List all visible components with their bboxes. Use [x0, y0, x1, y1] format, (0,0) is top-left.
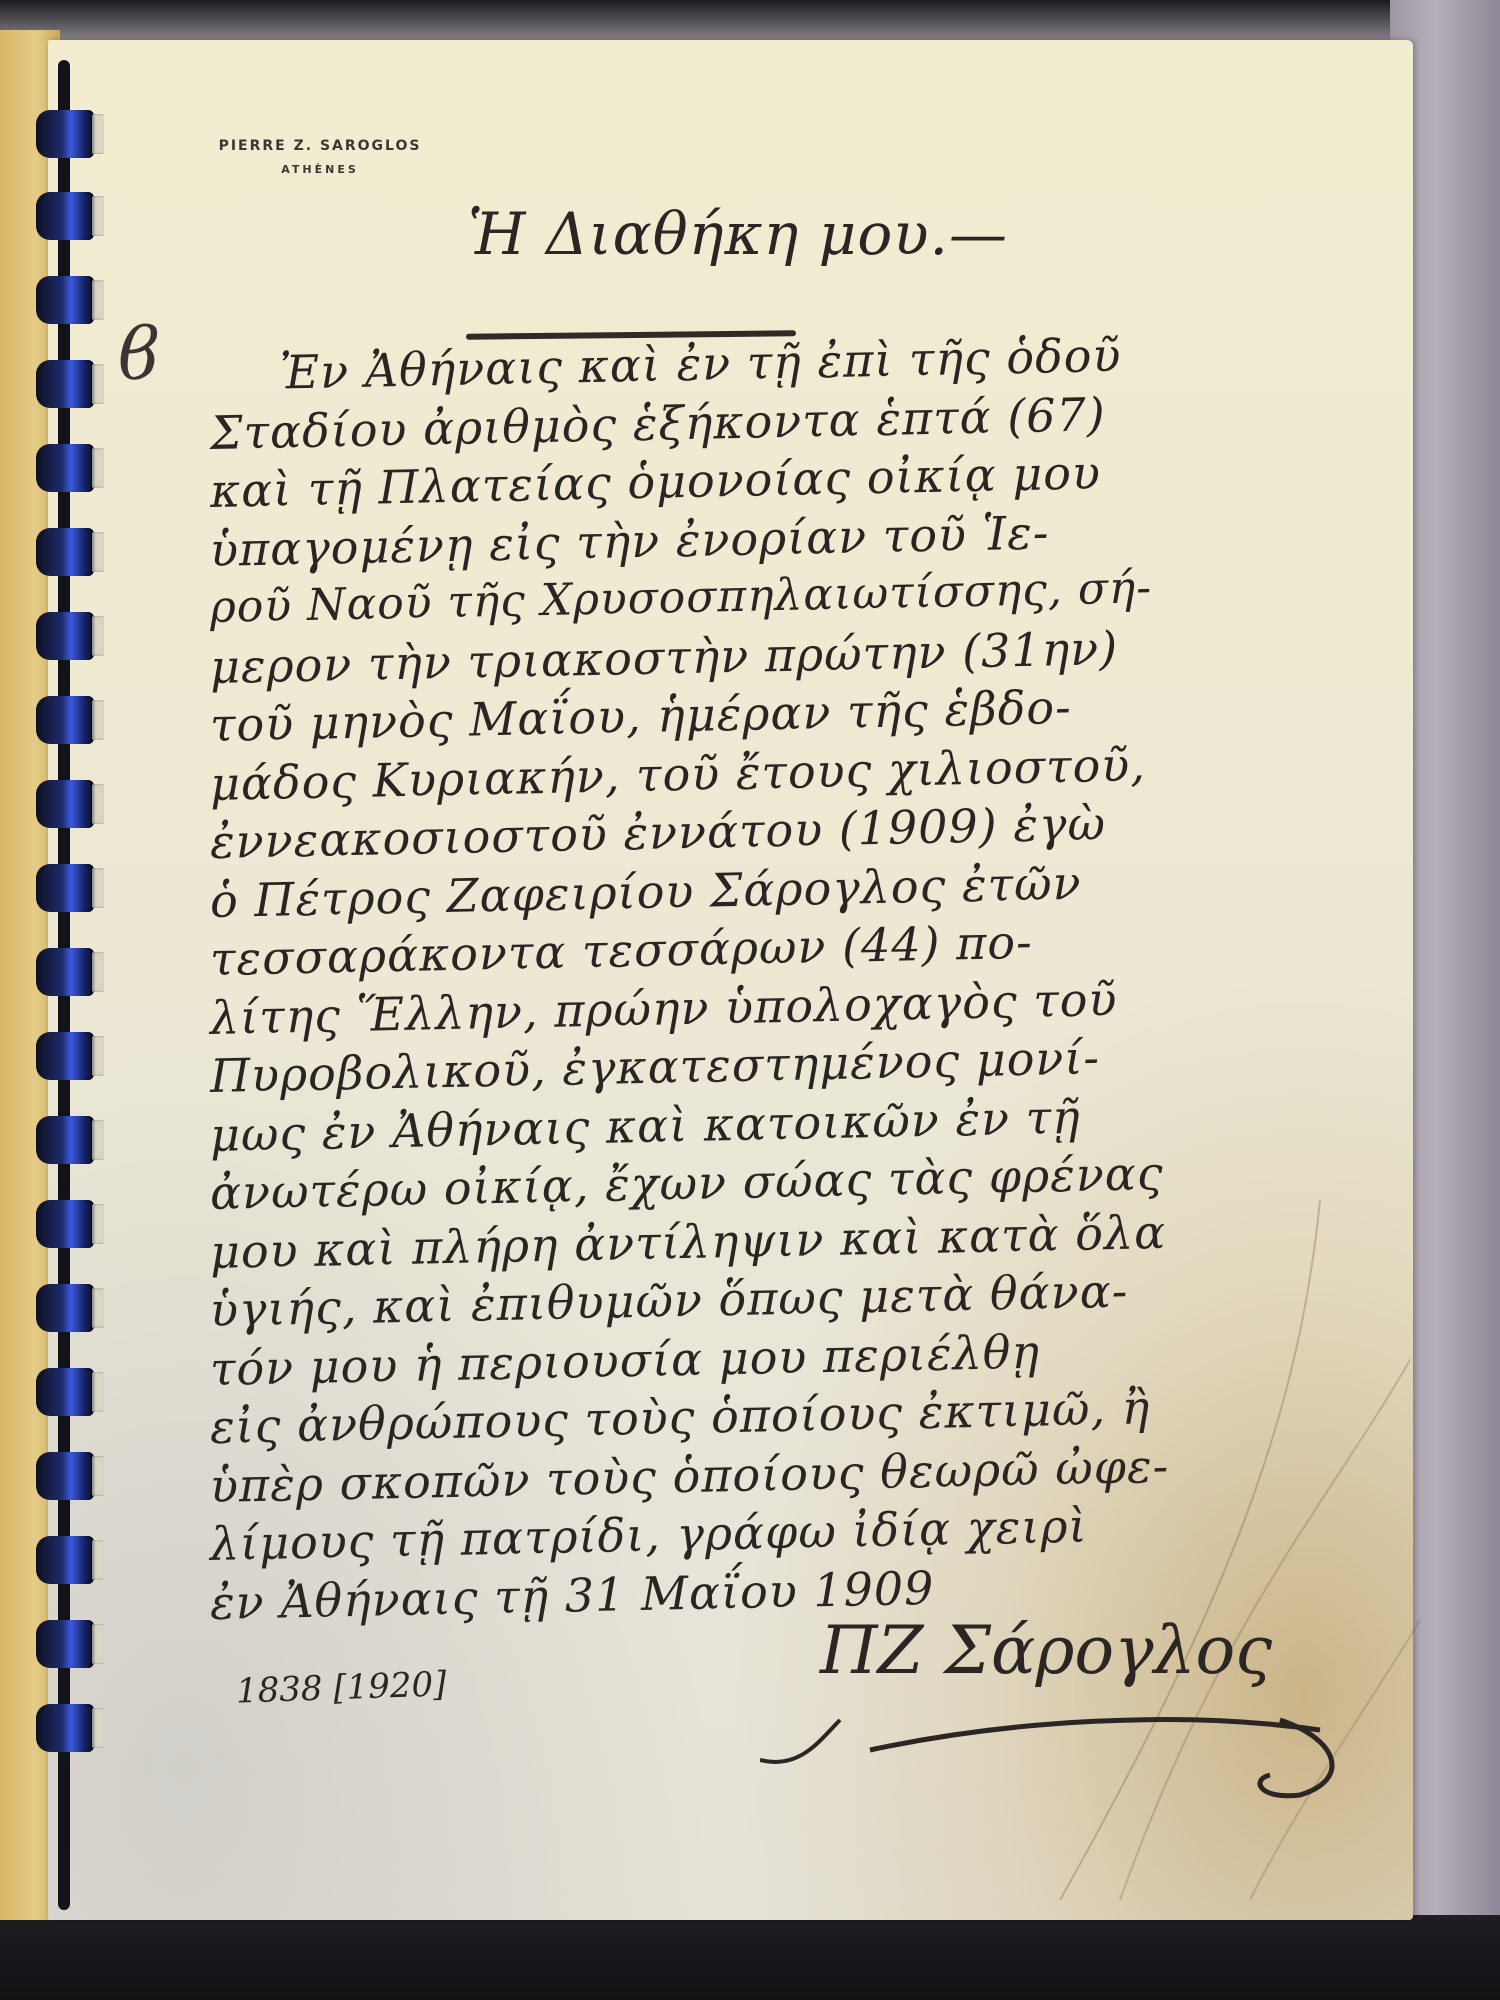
binding-ring	[36, 1704, 94, 1752]
letterhead-name: PIERRE Z. SAROGLOS	[160, 138, 480, 154]
signature-flourish	[760, 1700, 1360, 1810]
letterhead: PIERRE Z. SAROGLOS ATHÈNES	[160, 138, 480, 176]
desk-background-bottom	[0, 1915, 1500, 2000]
binding-ring	[36, 1116, 94, 1164]
binding-ring	[36, 360, 94, 408]
letterhead-city: ATHÈNES	[160, 163, 480, 176]
binding-ring	[36, 192, 94, 240]
binding-ring	[36, 696, 94, 744]
binding-ring	[36, 948, 94, 996]
binding-ring	[36, 864, 94, 912]
binding-ring	[36, 110, 94, 158]
binding-ring	[36, 780, 94, 828]
handwritten-body: Ἐν Ἀθήναις καὶ ἐν τῇ ἐπὶ τῆς ὁδοῦ Σταδίο…	[210, 345, 1210, 1632]
binding-ring	[36, 1536, 94, 1584]
binding-ring	[36, 1452, 94, 1500]
binding-ring	[36, 1284, 94, 1332]
binding-ring	[36, 276, 94, 324]
margin-mark: ϐ	[118, 312, 160, 396]
binding-ring	[36, 1200, 94, 1248]
signature: ΠΖ Σάρογλος	[820, 1612, 1272, 1689]
binding-ring	[36, 612, 94, 660]
binding-ring	[36, 444, 94, 492]
binding-ring	[36, 1032, 94, 1080]
binding-ring	[36, 1620, 94, 1668]
document-title: Ἡ Διαθήκη μου.—	[468, 200, 1008, 268]
binding-ring	[36, 528, 94, 576]
archive-note: 1838 [1920]	[235, 1664, 447, 1711]
binding-ring	[36, 1368, 94, 1416]
